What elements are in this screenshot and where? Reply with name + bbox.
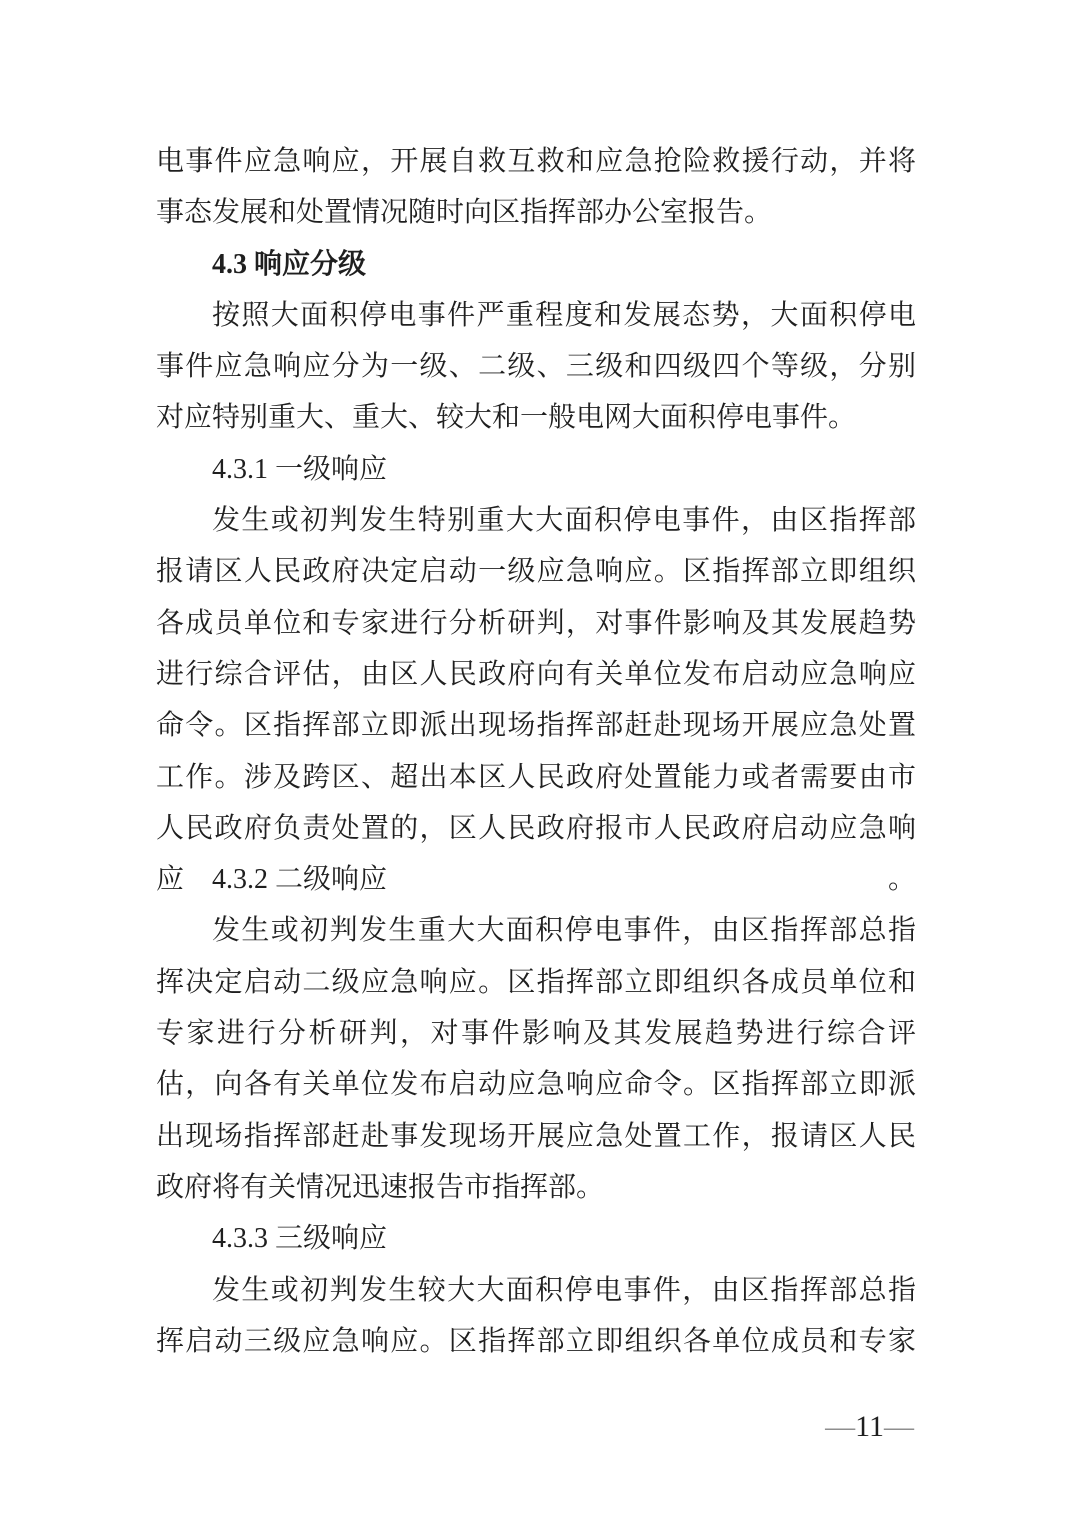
body-text-line: 发生或初判发生较大大面积停电事件，由区指挥部总指 xyxy=(156,1265,916,1316)
body-text-line: 按照大面积停电事件严重程度和发展态势，大面积停电 xyxy=(156,290,916,341)
body-text-line: 命令。区指挥部立即派出现场指挥部赶赴现场开展应急处置 xyxy=(156,700,916,751)
body-text-line: 工作。涉及跨区、超出本区人民政府处置能力或者需要由市 xyxy=(156,752,916,803)
body-text-line: 挥决定启动二级应急响应。区指挥部立即组织各成员单位和 xyxy=(156,957,916,1008)
document-lines: 电事件应急响应，开展自救互救和应急抢险救援行动，并将事态发展和处置情况随时向区指… xyxy=(156,136,916,1367)
body-text-line: 人民政府负责处置的，区人民政府报市人民政府启动应急响应。 xyxy=(156,803,916,854)
page-number-value: 11 xyxy=(855,1410,884,1443)
body-text-line: 电事件应急响应，开展自救互救和应急抢险救援行动，并将 xyxy=(156,136,916,187)
page-number: —11— xyxy=(825,1408,914,1446)
body-text-line: 估，向各有关单位发布启动应急响应命令。区指挥部立即派 xyxy=(156,1059,916,1110)
body-text-line: 挥启动三级应急响应。区指挥部立即组织各单位成员和专家 xyxy=(156,1316,916,1367)
body-text-line: 发生或初判发生重大大面积停电事件，由区指挥部总指 xyxy=(156,905,916,956)
body-text-line: 对应特别重大、重大、较大和一般电网大面积停电事件。 xyxy=(156,392,916,443)
body-text-line: 各成员单位和专家进行分析研判，对事件影响及其发展趋势 xyxy=(156,598,916,649)
body-text-line: 出现场指挥部赶赴事发现场开展应急处置工作，报请区人民 xyxy=(156,1111,916,1162)
body-text-line: 政府将有关情况迅速报告市指挥部。 xyxy=(156,1162,916,1213)
heading-line: 4.3.3 三级响应 xyxy=(156,1213,916,1264)
document-page: 电事件应急响应，开展自救互救和应急抢险救援行动，并将事态发展和处置情况随时向区指… xyxy=(0,0,1074,1520)
heading-line: 4.3 响应分级 xyxy=(156,239,916,290)
body-text-line: 事态发展和处置情况随时向区指挥部办公室报告。 xyxy=(156,187,916,238)
page-number-right-dash: — xyxy=(884,1410,914,1443)
heading-line: 4.3.1 一级响应 xyxy=(156,444,916,495)
page-number-left-dash: — xyxy=(825,1410,855,1443)
body-text-line: 发生或初判发生特别重大大面积停电事件，由区指挥部 xyxy=(156,495,916,546)
body-text-line: 报请区人民政府决定启动一级应急响应。区指挥部立即组织 xyxy=(156,546,916,597)
body-text-line: 进行综合评估，由区人民政府向有关单位发布启动应急响应 xyxy=(156,649,916,700)
body-text-line: 事件应急响应分为一级、二级、三级和四级四个等级，分别 xyxy=(156,341,916,392)
body-text-line: 专家进行分析研判，对事件影响及其发展趋势进行综合评 xyxy=(156,1008,916,1059)
